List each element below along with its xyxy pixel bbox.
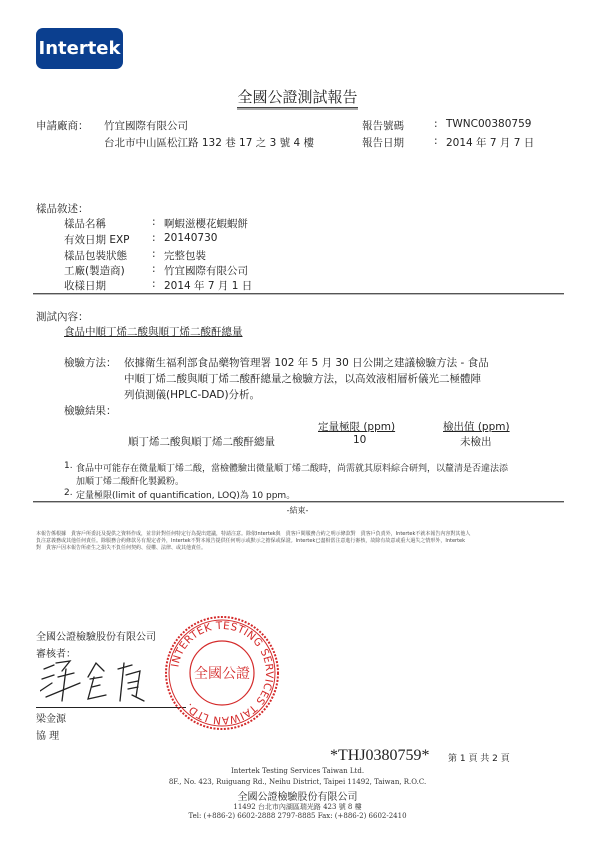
sample-field-label: 樣品名稱 bbox=[64, 216, 106, 231]
sample-field-value: 2014 年 7 月 1 日 bbox=[164, 278, 252, 293]
sample-field-value: 20140730 bbox=[164, 232, 217, 244]
note-line: 定量極限(limit of quantification, LOQ)為 10 p… bbox=[76, 488, 295, 501]
result-label: 檢驗結果： bbox=[64, 403, 117, 418]
disclaimer-line: 負注意義務或其他任何責任。除服務合約條款另有規定者外，Intertek不對本報告… bbox=[36, 538, 465, 545]
sample-field-label: 有效日期 EXP bbox=[64, 232, 130, 247]
sample-field-value: 完整包裝 bbox=[164, 248, 206, 263]
report-number-value: TWNC00380759 bbox=[446, 118, 531, 130]
report-number-label: 報告號碼 bbox=[362, 118, 404, 133]
applicant-label: 申請廠商： bbox=[36, 118, 89, 133]
note-number: 2. bbox=[64, 488, 73, 498]
barcode-text: *THJ0380759* bbox=[330, 747, 430, 765]
method-label: 檢驗方法： bbox=[64, 355, 117, 370]
sample-field-colon: : bbox=[152, 263, 156, 275]
footer-company-en: Intertek Testing Services Taiwan Ltd. bbox=[0, 767, 595, 775]
sample-field-colon: : bbox=[152, 232, 156, 244]
divider-line bbox=[33, 501, 564, 503]
disclaimer-line: 對 貴客戶因本報告所產生之損失不負任何契約、侵權、法律、或其他責任。 bbox=[36, 545, 206, 552]
applicant-company: 竹宜國際有限公司 bbox=[104, 118, 188, 133]
page-indicator: 第 1 頁 共 2 頁 bbox=[448, 751, 510, 764]
sample-field-colon: : bbox=[152, 216, 156, 228]
column-header-result: 檢出值 (ppm) bbox=[443, 419, 510, 434]
method-line: 依據衛生福利部食品藥物管理署 102 年 5 月 30 日公開之建議檢驗方法 -… bbox=[124, 355, 489, 370]
report-title: 全國公證測試報告 bbox=[0, 86, 595, 107]
sample-field-label: 收樣日期 bbox=[64, 278, 106, 293]
signature-company: 全國公證檢驗股份有限公司 bbox=[36, 628, 156, 643]
divider-line bbox=[33, 293, 564, 295]
sample-field-value: 竹宜國際有限公司 bbox=[164, 263, 248, 278]
footer-address-zh: 11492 台北市內湖區瑞光路 423 號 8 樓 bbox=[0, 802, 595, 812]
sample-field-label: 工廠(製造商) bbox=[64, 263, 125, 278]
note-line: 食品中可能存在微量順丁烯二酸，當檢體驗出微量順丁烯二酸時，尚需就其原料綜合研判，… bbox=[76, 461, 508, 474]
signatory-name: 梁金源 bbox=[36, 710, 66, 725]
report-date-colon: : bbox=[434, 135, 438, 147]
method-line: 列偵測儀(HPLC-DAD)分析。 bbox=[124, 387, 260, 402]
sample-field-label: 樣品包裝狀態 bbox=[64, 248, 127, 263]
result-analyte: 順丁烯二酸與順丁烯二酸酐總量 bbox=[128, 434, 275, 449]
sample-field-value: 啊蝦滋櫻花蝦蝦餅 bbox=[164, 216, 248, 231]
column-header-loq: 定量極限 (ppm) bbox=[318, 419, 395, 434]
report-title-text: 全國公證測試報告 bbox=[237, 88, 357, 108]
company-seal-icon: INTERTEK TESTING SERVICES TAIWAN LTD. 全國… bbox=[163, 614, 281, 732]
test-item: 食品中順丁烯二酸與順丁烯二酸酐總量 bbox=[64, 324, 243, 339]
test-heading: 測試內容： bbox=[36, 309, 89, 324]
sample-heading: 樣品敘述： bbox=[36, 201, 89, 216]
end-mark: -結束- bbox=[0, 505, 595, 516]
signatory-title: 協 理 bbox=[36, 727, 59, 742]
footer-address-en: 8F., No. 423, Ruiguang Rd., Neihu Distri… bbox=[0, 778, 595, 786]
footer-contact: Tel: (+886-2) 6602-2888 2797-8885 Fax: (… bbox=[0, 812, 595, 820]
footer-company-zh: 全國公證檢驗股份有限公司 bbox=[0, 788, 595, 803]
result-value: 未檢出 bbox=[460, 434, 492, 449]
handwritten-signature bbox=[40, 657, 160, 705]
method-line: 中順丁烯二酸與順丁烯二酸酐總量之檢驗方法，以高效液相層析儀光二極體陣 bbox=[124, 371, 481, 386]
applicant-address: 台北市中山區松江路 132 巷 17 之 3 號 4 樓 bbox=[104, 135, 314, 150]
intertek-logo: Intertek bbox=[36, 28, 123, 69]
sample-field-colon: : bbox=[152, 248, 156, 260]
report-date-label: 報告日期 bbox=[362, 135, 404, 150]
disclaimer-line: 本報告係根據 貴客戶所委託及提供之資料作成，並非針對任何特定行為提出建議，特請注… bbox=[36, 531, 470, 538]
sample-field-colon: : bbox=[152, 278, 156, 290]
result-loq: 10 bbox=[353, 434, 366, 446]
note-line: 加順丁烯二酸酐化製澱粉。 bbox=[76, 474, 184, 487]
report-date-value: 2014 年 7 月 7 日 bbox=[446, 135, 534, 150]
note-number: 1. bbox=[64, 461, 73, 471]
seal-center-text: 全國公證 bbox=[194, 666, 250, 682]
report-number-colon: : bbox=[434, 118, 438, 130]
